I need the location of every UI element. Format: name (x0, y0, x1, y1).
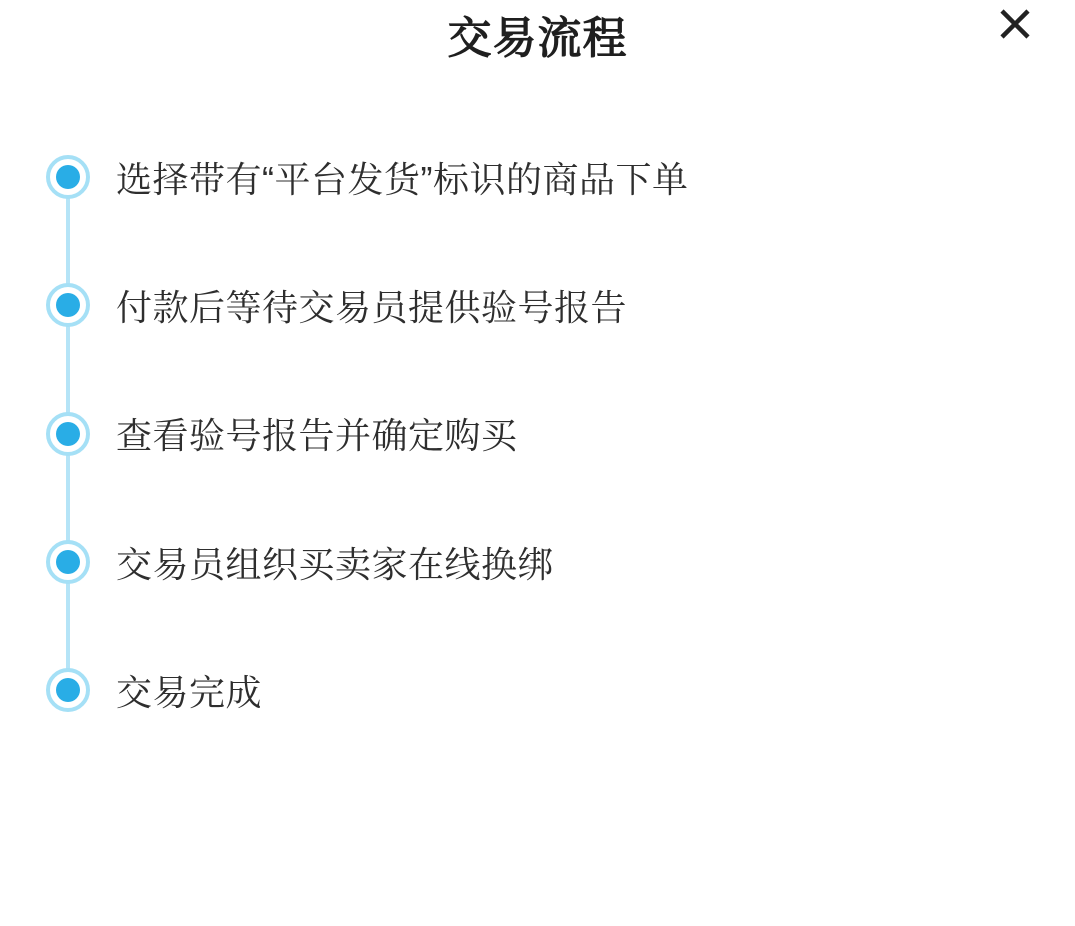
step-label: 交易完成 (116, 665, 262, 716)
timeline-step: 交易员组织买卖家在线换绑 (0, 498, 1075, 626)
close-button[interactable] (993, 2, 1037, 46)
dialog-header: 交易流程 (0, 0, 1075, 62)
close-icon (998, 7, 1032, 41)
step-dot-icon (46, 540, 90, 584)
step-dot-icon (46, 668, 90, 712)
transaction-process-dialog: 交易流程 选择带有“平台发货”标识的商品下单 付款后等待交易员提供验号报告 查看… (0, 0, 1075, 926)
step-dot-icon (46, 283, 90, 327)
step-label: 交易员组织买卖家在线换绑 (116, 537, 554, 588)
step-label: 付款后等待交易员提供验号报告 (116, 280, 627, 331)
page-title: 交易流程 (0, 2, 1075, 66)
step-label: 选择带有“平台发货”标识的商品下单 (116, 152, 688, 203)
timeline-step: 交易完成 (0, 626, 1075, 754)
timeline-step: 查看验号报告并确定购买 (0, 370, 1075, 498)
step-label: 查看验号报告并确定购买 (116, 408, 518, 459)
timeline-step: 付款后等待交易员提供验号报告 (0, 241, 1075, 369)
timeline-step: 选择带有“平台发货”标识的商品下单 (0, 113, 1075, 241)
timeline: 选择带有“平台发货”标识的商品下单 付款后等待交易员提供验号报告 查看验号报告并… (0, 113, 1075, 754)
step-dot-icon (46, 412, 90, 456)
step-dot-icon (46, 155, 90, 199)
